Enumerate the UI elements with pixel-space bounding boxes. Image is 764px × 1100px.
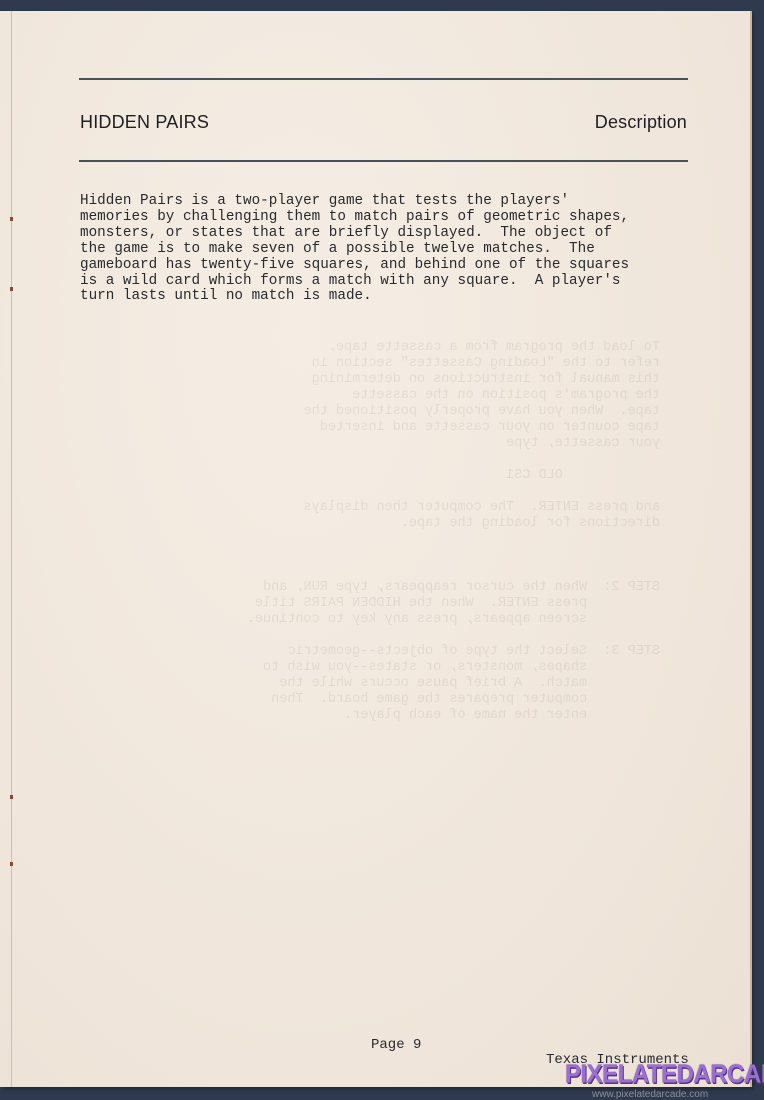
binding-crease: [11, 11, 12, 1087]
header-rule-top: [79, 78, 688, 80]
program-title: HIDDEN PAIRS: [80, 112, 209, 133]
watermark-url: www.pixelatedarcade.com: [592, 1089, 708, 1100]
description-paragraph: Hidden Pairs is a two-player game that t…: [80, 194, 720, 305]
watermark-logo: PIXELATEDARCADE: [565, 1060, 764, 1090]
text-line: is a wild card which forms a match with …: [80, 274, 720, 290]
reverse-page-bleed-through: To load the program from a cassette tape…: [100, 340, 660, 724]
staple-mark: [10, 217, 13, 221]
section-title: Description: [595, 112, 687, 133]
page-number: Page 9: [371, 1037, 421, 1053]
text-line: the game is to make seven of a possible …: [80, 242, 720, 258]
text-line: monsters, or states that are briefly dis…: [80, 226, 720, 242]
staple-mark: [10, 795, 13, 799]
staple-mark: [10, 287, 13, 291]
text-line: Hidden Pairs is a two-player game that t…: [80, 194, 720, 210]
staple-mark: [10, 862, 13, 866]
text-line: memories by challenging them to match pa…: [80, 210, 720, 226]
text-line: turn lasts until no match is made.: [80, 289, 720, 305]
text-line: gameboard has twenty-five squares, and b…: [80, 258, 720, 274]
header-rule-bottom: [79, 160, 688, 162]
